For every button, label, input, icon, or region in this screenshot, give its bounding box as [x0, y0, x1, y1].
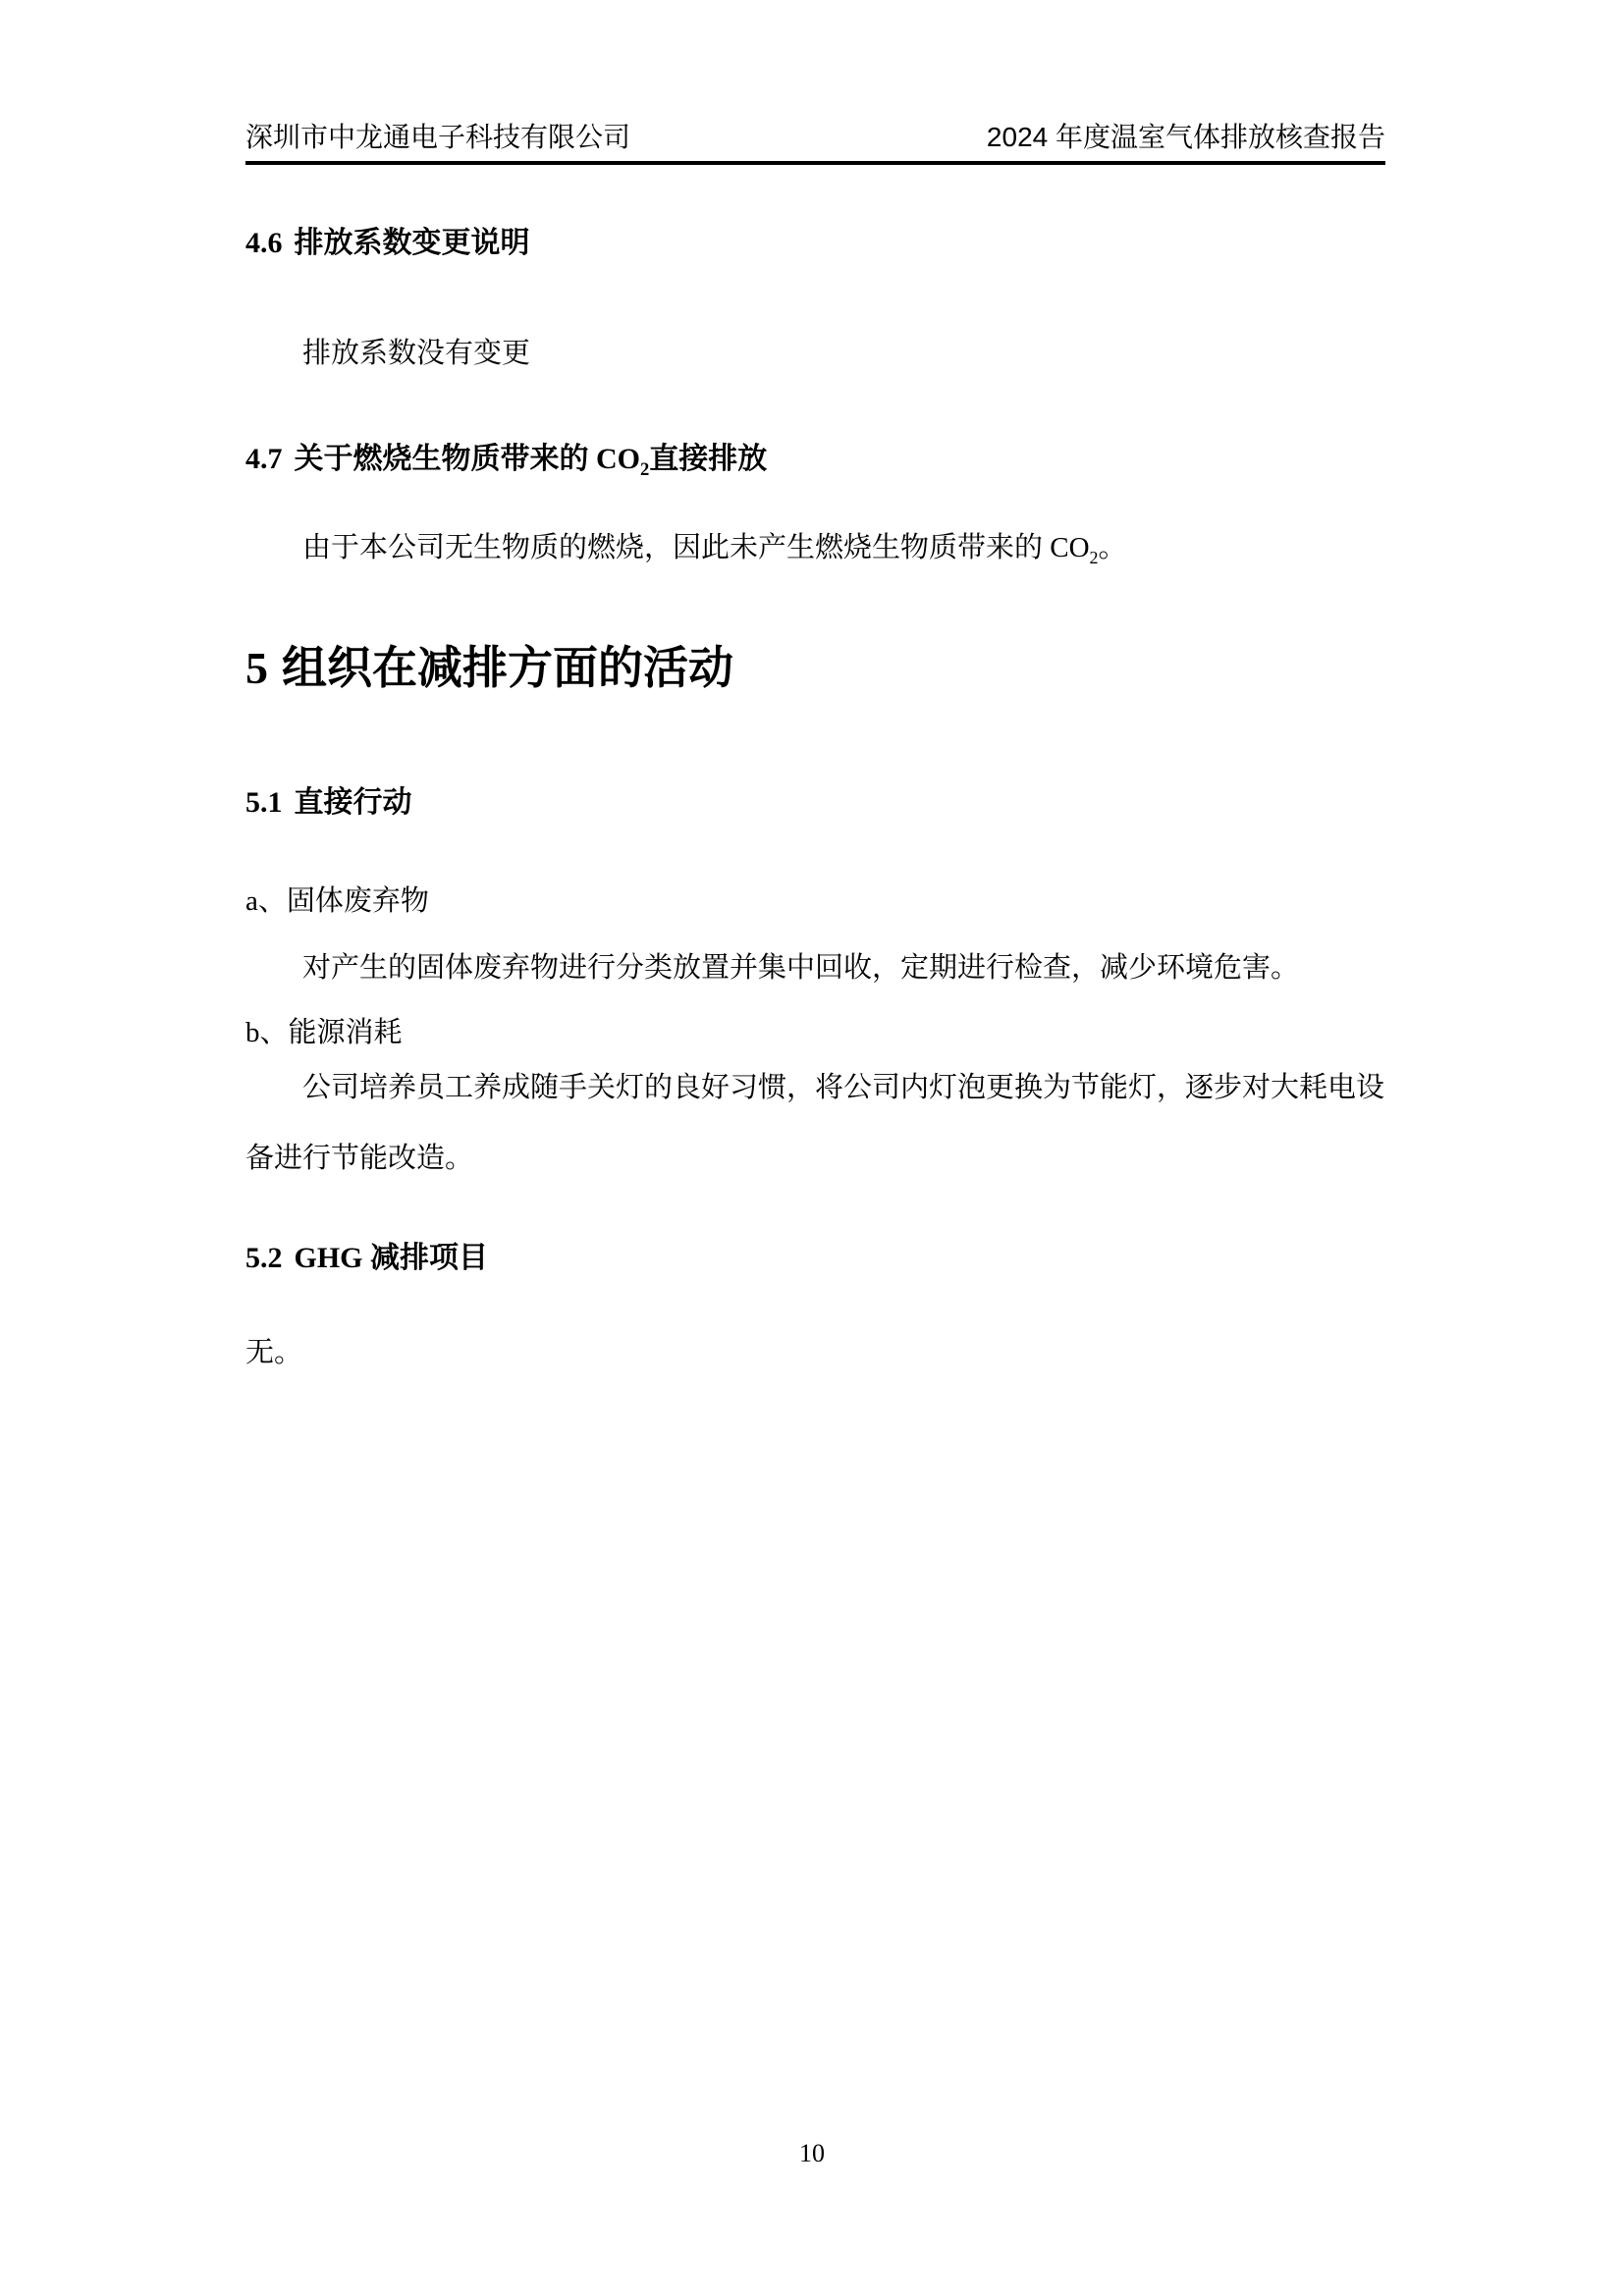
document-page: 深圳市中龙通电子科技有限公司 2024 年度温室气体排放核查报告 4.6排放系数…	[0, 0, 1624, 2296]
section-5-1-number: 5.1	[245, 786, 283, 819]
list-item-b-label: b、能源消耗	[245, 1013, 1388, 1052]
chapter-5-heading: 5组织在减排方面的活动	[245, 640, 1385, 697]
list-item-a-paragraph: 对产生的固体废弃物进行分类放置并集中回收，定期进行检查，减少环境危害。	[245, 948, 1388, 988]
section-4-6-title: 排放系数变更说明	[295, 227, 530, 259]
list-item-b-paragraph: 公司培养员工养成随手关灯的良好习惯，将公司内灯泡更换为节能灯，逐步对大耗电设备进…	[245, 1052, 1388, 1194]
section-4-6-heading: 4.6排放系数变更说明	[245, 224, 1385, 263]
section-4-7-title-prefix: 关于燃烧生物质带来的 CO	[295, 443, 641, 475]
section-4-7-paragraph-prefix: 由于本公司无生物质的燃烧，因此未产生燃烧生物质带来的 CO	[302, 532, 1090, 563]
page-footer: 10	[0, 2138, 1624, 2169]
section-5-2-paragraph: 无。	[245, 1333, 1388, 1372]
list-item-b-label-text: b、能源消耗	[245, 1017, 403, 1048]
list-item-a-label: a、固体废弃物	[245, 881, 1388, 921]
header-company-name: 深圳市中龙通电子科技有限公司	[245, 120, 630, 155]
header-divider-rule	[245, 161, 1385, 165]
section-5-2-heading: 5.2GHG 减排项目	[245, 1239, 1385, 1278]
section-4-7-heading: 4.7关于燃烧生物质带来的 CO2直接排放	[245, 440, 1385, 479]
header-report-title: 2024 年度温室气体排放核查报告	[987, 120, 1385, 155]
list-item-a-label-text: a、固体废弃物	[245, 885, 429, 917]
chapter-5-title: 组织在减排方面的活动	[282, 643, 733, 693]
section-4-6-number: 4.6	[245, 227, 283, 259]
list-item-b-paragraph-text: 公司培养员工养成随手关灯的良好习惯，将公司内灯泡更换为节能灯，逐步对大耗电设备进…	[245, 1072, 1384, 1174]
section-4-7-number: 4.7	[245, 443, 283, 475]
section-4-6-paragraph-text: 排放系数没有变更	[302, 338, 530, 369]
page-header: 深圳市中龙通电子科技有限公司 2024 年度温室气体排放核查报告	[245, 120, 1385, 155]
section-4-7-title-suffix: 直接排放	[649, 443, 767, 475]
section-4-7-title-subscript: 2	[640, 459, 649, 480]
chapter-5-number: 5	[245, 643, 268, 693]
section-4-6-paragraph: 排放系数没有变更	[245, 334, 1388, 373]
page-number: 10	[799, 2139, 825, 2167]
section-5-2-title: GHG 减排项目	[295, 1242, 489, 1274]
section-4-7-paragraph-suffix: 。	[1099, 532, 1127, 563]
list-item-a-paragraph-text: 对产生的固体废弃物进行分类放置并集中回收，定期进行检查，减少环境危害。	[302, 952, 1299, 984]
section-4-7-paragraph: 由于本公司无生物质的燃烧，因此未产生燃烧生物质带来的 CO2。	[245, 528, 1388, 567]
section-4-7-paragraph-subscript: 2	[1090, 548, 1099, 567]
section-5-1-title: 直接行动	[295, 786, 412, 819]
section-5-2-number: 5.2	[245, 1242, 283, 1274]
section-5-1-heading: 5.1直接行动	[245, 783, 1385, 823]
section-5-2-paragraph-text: 无。	[245, 1337, 302, 1368]
